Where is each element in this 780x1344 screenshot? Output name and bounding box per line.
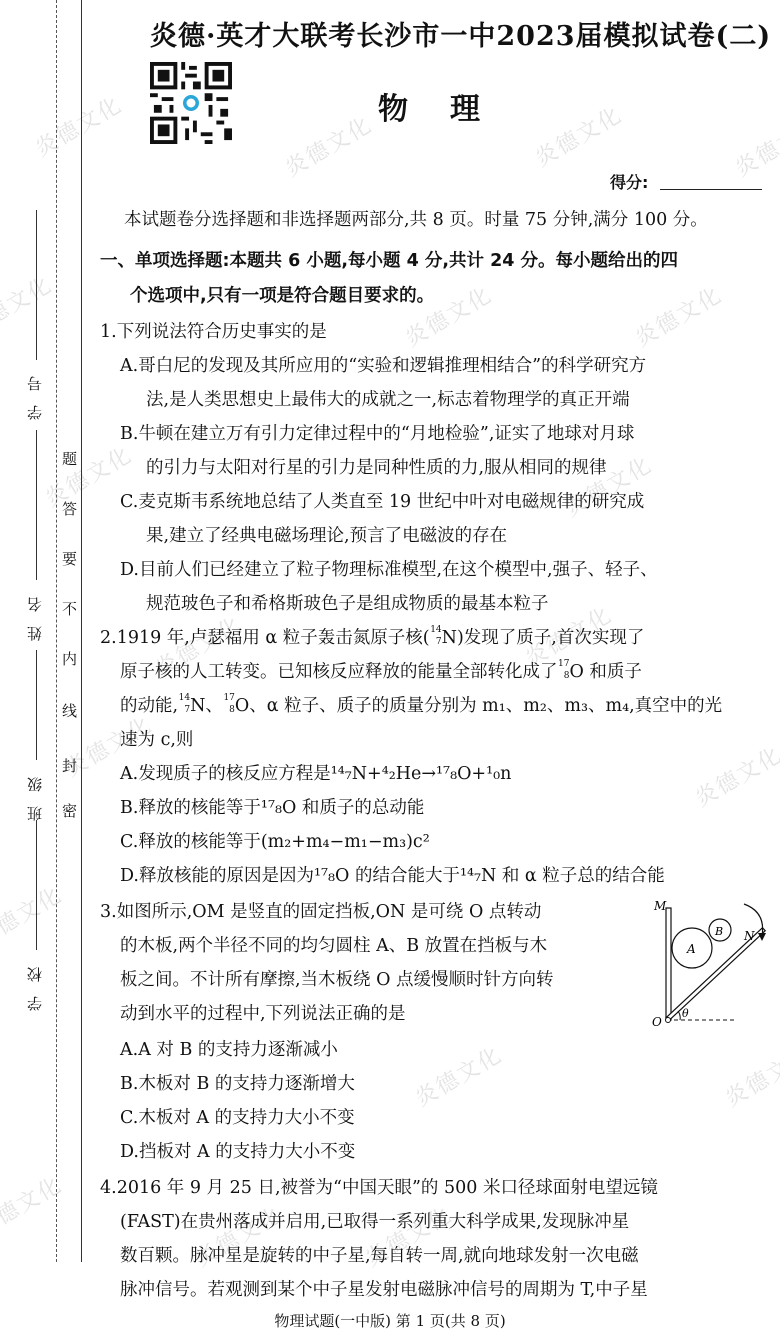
label-A: A <box>686 942 696 956</box>
option-2c: C.释放的核能等于(m₂+m₄−m₁−m₃)c² <box>120 828 430 853</box>
question-2: 2.1919 年,卢瑟福用 α 粒子轰击氮原子核(147N)发现了质子,首次实现… <box>100 624 644 649</box>
option-text: 木板对 A 的支持力大小不变 <box>138 1108 354 1128</box>
option-label: C. <box>120 832 138 852</box>
label-O: O <box>652 1015 662 1029</box>
label-M: M <box>653 899 667 913</box>
seal-char: 封 <box>62 755 77 776</box>
option-label: D. <box>120 1142 139 1162</box>
option-label: C. <box>120 1108 138 1128</box>
watermark: 炎德文化 <box>0 1168 67 1243</box>
exam-title: 炎德·英才大联考长沙市一中2023届模拟试卷(二) <box>150 14 771 53</box>
option-text: 释放核能的原因是因为¹⁷₈O 的结合能大于¹⁴₇N 和 α 粒子总的结合能 <box>139 866 665 886</box>
option-1a: A.哥白尼的发现及其所应用的“实验和逻辑推理相结合”的科学研究方 <box>120 352 646 377</box>
stem-text: 1919 年,卢瑟福用 α 粒子轰击氮原子核( <box>117 628 430 648</box>
nuclide-n14: 147 <box>178 695 190 713</box>
field-line-class <box>36 650 37 760</box>
stem-text: O、α 粒子、质子的质量分别为 m₁、m₂、m₃、m₄,真空中的光 <box>235 696 722 716</box>
option-label: D. <box>120 560 139 580</box>
option-label: C. <box>120 492 138 512</box>
field-label-class: 班级 <box>24 763 45 821</box>
option-3a: A.A 对 B 的支持力逐渐减小 <box>120 1036 338 1061</box>
question-3-line2: 的木板,两个半径不同的均匀圆柱 A、B 放置在挡板与木 <box>120 932 547 957</box>
watermark: 炎德文化 <box>689 738 780 813</box>
seal-char: 要 <box>62 548 77 569</box>
watermark: 炎德文化 <box>0 878 67 953</box>
question-4-line2: (FAST)在贵州落成并启用,已取得一系列重大科学成果,发现脉冲星 <box>120 1208 629 1233</box>
watermark: 炎德文化 <box>279 108 378 183</box>
stem-text: N、 <box>190 696 223 716</box>
question-number: 2. <box>100 628 117 648</box>
option-text: 哥白尼的发现及其所应用的“实验和逻辑推理相结合”的科学研究方 <box>138 356 646 376</box>
option-1b: B.牛顿在建立万有引力定律过程中的“月地检验”,证实了地球对月球 <box>120 420 634 445</box>
option-text: 目前人们已经建立了粒子物理标准模型,在这个模型中,强子、轻子、 <box>139 560 658 580</box>
watermark: 炎德文化 <box>629 278 728 353</box>
watermark: 炎德文化 <box>729 108 780 183</box>
score-field[interactable] <box>660 189 762 190</box>
option-3d: D.挡板对 A 的支持力大小不变 <box>120 1138 355 1163</box>
field-label-student-id: 学号 <box>24 362 45 420</box>
field-line-student-id <box>36 210 37 360</box>
nuclide-o17: 178 <box>223 695 235 713</box>
stem-text: 的动能, <box>120 696 178 716</box>
section-heading: 个选项中,只有一项是符合题目要求的。 <box>130 282 434 307</box>
watermark: 炎德文化 <box>719 1038 780 1113</box>
option-2d: D.释放核能的原因是因为¹⁷₈O 的结合能大于¹⁴₇N 和 α 粒子总的结合能 <box>120 862 665 887</box>
qr-code-icon[interactable] <box>150 62 232 144</box>
watermark: 炎德文化 <box>29 88 128 163</box>
question-1: 1.下列说法符合历史事实的是 <box>100 318 327 343</box>
option-3b: B.木板对 B 的支持力逐渐增大 <box>120 1070 355 1095</box>
option-text: 木板对 B 的支持力逐渐增大 <box>138 1074 355 1094</box>
stem-text: 如图所示,OM 是竖直的固定挡板,ON 是可绕 O 点转动 <box>117 902 542 922</box>
option-text: 释放的核能等于(m₂+m₄−m₁−m₃)c² <box>138 832 429 852</box>
seal-char: 密 <box>62 800 77 821</box>
option-3c: C.木板对 A 的支持力大小不变 <box>120 1104 355 1129</box>
label-theta: θ <box>682 1007 689 1020</box>
question-number: 3. <box>100 902 117 922</box>
label-N: N <box>743 929 755 943</box>
question-3-line4: 动到水平的过程中,下列说法正确的是 <box>120 1000 406 1025</box>
nuclide-n14: 147 <box>430 627 442 645</box>
score-label: 得分: <box>610 170 648 193</box>
question-number: 1. <box>100 322 117 342</box>
option-2a: A.发现质子的核反应方程是¹⁴₇N+⁴₂He→¹⁷₈O+¹₀n <box>120 760 511 785</box>
instructions: 本试题卷分选择题和非选择题两部分,共 8 页。时量 75 分钟,满分 100 分… <box>124 206 708 231</box>
seal-char: 答 <box>62 498 77 519</box>
field-label-name: 姓名 <box>24 583 45 641</box>
seal-char: 不 <box>62 598 77 619</box>
field-line-name <box>36 430 37 580</box>
option-1d: D.目前人们已经建立了粒子物理标准模型,在这个模型中,强子、轻子、 <box>120 556 658 581</box>
option-label: A. <box>120 1040 138 1060</box>
option-1a-cont: 法,是人类思想史上最伟大的成就之一,标志着物理学的真正开端 <box>146 386 630 411</box>
option-text: A 对 B 的支持力逐渐减小 <box>138 1040 338 1060</box>
q3-figure: M O N A B θ <box>648 896 778 1036</box>
question-3-line3: 板之间。不计所有摩擦,当木板绕 O 点缓慢顺时针方向转 <box>120 966 554 991</box>
section-heading: 一、单项选择题:本题共 6 小题,每小题 4 分,共计 24 分。每小题给出的四 <box>100 247 678 272</box>
option-text: 发现质子的核反应方程是¹⁴₇N+⁴₂He→¹⁷₈O+¹₀n <box>138 764 511 784</box>
seal-char: 题 <box>62 448 77 469</box>
option-label: A. <box>120 356 138 376</box>
option-label: B. <box>120 424 138 444</box>
stem-text: N)发现了质子,首次实现了 <box>442 628 645 648</box>
option-text: 牛顿在建立万有引力定律过程中的“月地检验”,证实了地球对月球 <box>138 424 634 444</box>
option-label: B. <box>120 798 138 818</box>
option-text: 释放的核能等于¹⁷₈O 和质子的总动能 <box>138 798 424 818</box>
page-footer: 物理试题(一中版) 第 1 页(共 8 页) <box>0 1310 780 1331</box>
question-2-line2: 原子核的人工转变。已知核反应释放的能量全部转化成了178O 和质子 <box>120 658 642 683</box>
option-1c-cont: 果,建立了经典电磁场理论,预言了电磁波的存在 <box>146 522 507 547</box>
question-4-line3: 数百颗。脉冲星是旋转的中子星,每自转一周,就向地球发射一次电磁 <box>120 1242 639 1267</box>
question-number: 4. <box>100 1178 117 1198</box>
question-4-line4: 脉冲信号。若观测到某个中子星发射电磁脉冲信号的周期为 T,中子星 <box>120 1276 648 1301</box>
option-text: 挡板对 A 的支持力大小不变 <box>139 1142 355 1162</box>
watermark: 炎德文化 <box>529 98 628 173</box>
question-2-line4: 速为 c,则 <box>120 726 193 751</box>
question-3: 3.如图所示,OM 是竖直的固定挡板,ON 是可绕 O 点转动 <box>100 898 541 923</box>
option-text: 麦克斯韦系统地总结了人类直至 19 世纪中叶对电磁规律的研究成 <box>138 492 644 512</box>
label-B: B <box>714 925 723 938</box>
option-1d-cont: 规范玻色子和希格斯玻色子是组成物质的最基本粒子 <box>146 590 549 615</box>
stem-text: O 和质子 <box>570 662 642 682</box>
question-2-line3: 的动能,147N、178O、α 粒子、质子的质量分别为 m₁、m₂、m₃、m₄,… <box>120 692 722 717</box>
option-label: A. <box>120 764 138 784</box>
stem-text: 原子核的人工转变。已知核反应释放的能量全部转化成了 <box>120 662 558 682</box>
seal-char: 内 <box>62 648 77 669</box>
stem-text: 2016 年 9 月 25 日,被誉为“中国天眼”的 500 米口径球面射电望远… <box>117 1178 658 1198</box>
nuclide-o17: 178 <box>558 661 570 679</box>
question-4: 4.2016 年 9 月 25 日,被誉为“中国天眼”的 500 米口径球面射电… <box>100 1174 658 1199</box>
seal-char: 线 <box>62 700 77 721</box>
watermark: 炎德文化 <box>0 268 57 343</box>
question-stem: 下列说法符合历史事实的是 <box>117 322 327 342</box>
option-2b: B.释放的核能等于¹⁷₈O 和质子的总动能 <box>120 794 424 819</box>
option-label: D. <box>120 866 139 886</box>
subject-title: 物理 <box>378 84 522 128</box>
field-line-school <box>36 820 37 950</box>
option-1b-cont: 的引力与太阳对行星的引力是同种性质的力,服从相同的规律 <box>146 454 607 479</box>
field-label-school: 学校 <box>24 953 45 1011</box>
fold-line-dashed <box>56 0 57 1262</box>
binding-line <box>81 0 82 1262</box>
watermark: 炎德文化 <box>409 1038 508 1113</box>
option-label: B. <box>120 1074 138 1094</box>
option-1c: C.麦克斯韦系统地总结了人类直至 19 世纪中叶对电磁规律的研究成 <box>120 488 644 513</box>
